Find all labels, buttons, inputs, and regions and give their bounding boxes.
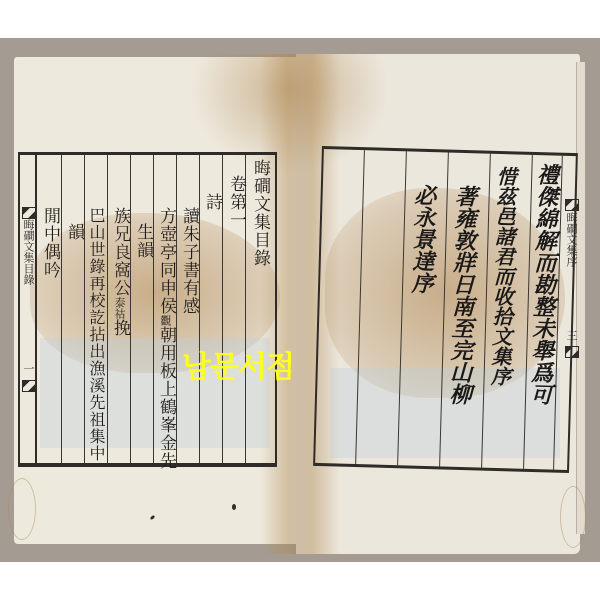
book-title: 晦磵文集目錄 bbox=[251, 159, 268, 267]
toc-entry: 方壺亭同申侯 bbox=[157, 207, 174, 315]
right-fore-edge-label: 晦磵文集序 bbox=[566, 212, 577, 267]
fishtail-mark-top bbox=[565, 199, 579, 211]
column-rule bbox=[355, 150, 365, 464]
fishtail-mark-top bbox=[22, 207, 36, 219]
toc-entry: 族兄良窩公 bbox=[111, 207, 128, 297]
toc-entry: 生韻 bbox=[134, 223, 151, 259]
toc-entry-annotation: 觀 bbox=[160, 315, 171, 326]
column-rule bbox=[130, 155, 131, 463]
right-page-frame: 禮傑綿解而勘整未舉爲可 惜茲邑諸君而收拾文集序 著雍敦牂日南至完山柳 必永景達序 bbox=[313, 146, 578, 473]
toc-entry: 朝用板上鶴峯金先 bbox=[157, 326, 174, 470]
ink-speck bbox=[232, 504, 236, 510]
left-fore-edge-label: 晦磵文集目錄 bbox=[23, 219, 34, 285]
toc-entry-annotation: 泰祜 bbox=[114, 297, 125, 319]
toc-entry-group: 方壺亭同申侯 觀 朝用板上鶴峯金先 bbox=[157, 207, 174, 470]
column-rule bbox=[397, 151, 407, 465]
volume-heading: 卷第一 bbox=[227, 175, 244, 229]
preface-line: 惜茲邑諸君而收拾文集序 bbox=[489, 166, 515, 386]
toc-entry: 讀朱子書有感 bbox=[180, 207, 197, 315]
column-rule bbox=[222, 155, 223, 463]
left-fore-edge-page: 一 bbox=[23, 363, 34, 374]
toc-entry: 挽 bbox=[111, 319, 128, 337]
fishtail-mark-bottom bbox=[22, 380, 36, 392]
column-rule bbox=[176, 155, 177, 463]
left-page-frame: 晦磵文集目錄 卷第一 詩 讀朱子書有感 方壺亭同申侯 觀 朝用板上鶴峯金先 生韻… bbox=[35, 152, 277, 467]
fishtail-mark-bottom bbox=[565, 346, 579, 358]
column-rule bbox=[61, 155, 62, 463]
preface-line: 禮傑綿解而勘整未舉爲可 bbox=[529, 163, 558, 406]
toc-entry: 閒中偶吟 bbox=[41, 207, 58, 279]
column-rule bbox=[84, 155, 85, 463]
right-page-edge bbox=[576, 62, 585, 534]
bookstore-watermark: 남문서점 bbox=[182, 342, 294, 386]
section-heading-poems: 詩 bbox=[203, 193, 220, 211]
preface-line: 著雍敦牂日南至完山柳 bbox=[448, 185, 476, 406]
column-rule bbox=[439, 153, 449, 467]
column-rule bbox=[199, 155, 200, 463]
toc-entry-group: 族兄良窩公 泰祜 挽 bbox=[111, 207, 128, 337]
toc-entry: 韻 bbox=[65, 223, 82, 241]
toc-entry: 巴山世錄再校訖拈出漁溪先祖集中 bbox=[88, 207, 104, 462]
stain-ring-right bbox=[560, 486, 586, 548]
right-fore-edge-page: 三 bbox=[566, 330, 577, 341]
column-rule bbox=[153, 155, 154, 463]
stain-ring-left bbox=[8, 478, 36, 540]
column-rule bbox=[107, 155, 108, 463]
preface-signature: 必永景達序 bbox=[410, 184, 435, 295]
book-photo: 晦磵文集目錄 一 晦磵文集目錄 卷第一 詩 讀朱子書有感 方壺亭同申侯 觀 朝用… bbox=[0, 38, 600, 562]
